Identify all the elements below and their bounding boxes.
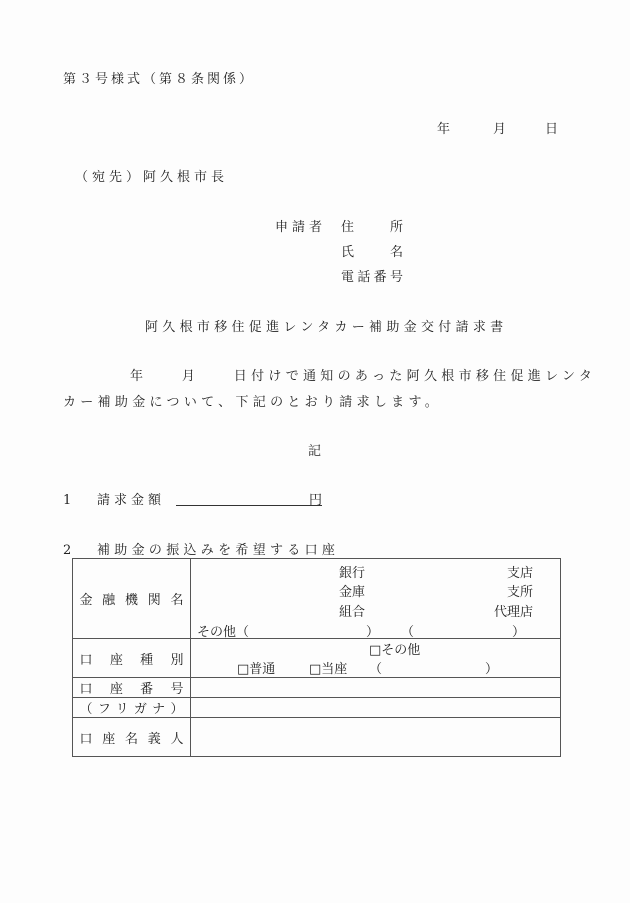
account-type-cell: □普通□当座□その他（）	[191, 639, 561, 678]
furigana-header-cell: （フリガナ）	[73, 698, 191, 718]
other-label: その他（	[197, 621, 249, 640]
account-holder-field[interactable]	[191, 718, 561, 757]
body-text-line1: 年 月 日付けで通知のあった阿久根市移住促進レンタ	[130, 365, 596, 384]
applicant-label: 申請者	[275, 216, 326, 235]
account-type-header-cell: 口座種別	[73, 639, 191, 678]
institution-header: 金融機関名	[80, 589, 184, 608]
checkbox-other[interactable]: □その他（	[369, 639, 429, 677]
institution-cell[interactable]: 銀行 金庫 組合 支店 支所 代理店 その他（ ） （ ）	[191, 559, 561, 639]
yen-unit: 円	[309, 493, 322, 508]
item2-label: 補助金の振込みを希望する口座	[97, 543, 339, 558]
account-holder-header-cell: 口座名義人	[73, 718, 191, 757]
item1-number: 1	[63, 493, 97, 508]
applicant-name: 氏名	[341, 241, 403, 260]
document-title: 阿久根市移住促進レンタカー補助金交付請求書	[145, 316, 507, 335]
branch-shiten: 支店	[507, 562, 533, 581]
item1-label: 請求金額	[97, 493, 165, 508]
type-kumiai: 組合	[339, 601, 365, 620]
account-number-header: 口座番号	[80, 678, 184, 697]
date-year: 年	[437, 118, 493, 137]
date-day: 日	[545, 118, 558, 137]
checkbox-toza[interactable]: □当座	[309, 658, 369, 677]
amount-field[interactable]: 円	[176, 489, 322, 506]
branch-shisho: 支所	[507, 581, 533, 600]
applicant-address: 住所	[341, 216, 403, 235]
phone-label: 電話番号	[341, 266, 403, 285]
date-month: 月	[493, 118, 545, 137]
account-number-header-cell: 口座番号	[73, 678, 191, 698]
account-type-header: 口座種別	[80, 649, 184, 668]
other-close: ）	[366, 621, 379, 640]
furigana-header: （フリガナ）	[80, 698, 184, 717]
item-bank-account: 2補助金の振込みを希望する口座	[63, 539, 339, 558]
checkbox-futsu[interactable]: □普通	[237, 658, 309, 677]
branch-close: ）	[512, 621, 525, 640]
applicant-phone: 電話番号	[341, 266, 403, 285]
account-holder-header: 口座名義人	[80, 728, 184, 747]
ki-heading: 記	[308, 440, 321, 459]
branch-open: （	[401, 621, 414, 640]
form-number: 第３号様式（第８条関係）	[63, 68, 255, 87]
item2-number: 2	[63, 543, 97, 558]
item-request-amount: 1請求金額	[63, 489, 165, 508]
institution-header-cell: 金融機関名	[73, 559, 191, 639]
account-table: 金融機関名 銀行 金庫 組合 支店 支所 代理店 その他（ ） （ ） 口座種別…	[72, 558, 561, 757]
furigana-field[interactable]	[191, 698, 561, 718]
addressee: （宛先）阿久根市長	[75, 166, 228, 185]
other-type-close: ）	[429, 658, 498, 677]
account-number-field[interactable]	[191, 678, 561, 698]
type-bank: 銀行	[339, 562, 365, 581]
body-text-line2: カー補助金について、下記のとおり請求します。	[63, 391, 442, 410]
address-label: 住所	[341, 216, 403, 235]
date-field: 年月日	[437, 118, 558, 137]
name-label: 氏名	[341, 241, 403, 260]
type-shinkin: 金庫	[339, 581, 365, 600]
branch-dairiten: 代理店	[494, 601, 533, 620]
